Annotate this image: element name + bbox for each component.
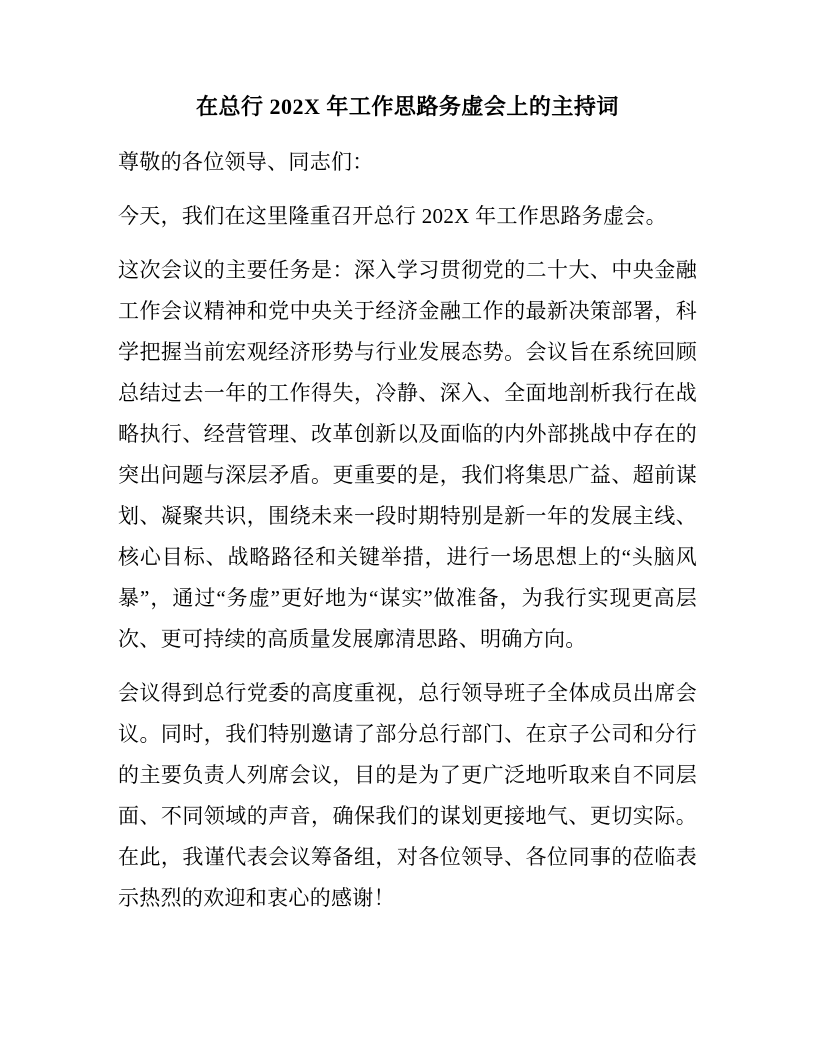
paragraph-attendees-thanks: 会议得到总行党委的高度重视，总行领导班子全体成员出席会议。同时，我们特别邀请了部… <box>118 673 697 919</box>
document-title: 在总行 202X 年工作思路务虚会上的主持词 <box>118 92 697 122</box>
paragraph-salutation: 尊敬的各位领导、同志们： <box>118 142 697 183</box>
paragraph-meeting-tasks: 这次会议的主要任务是：深入学习贯彻党的二十大、中央金融工作会议精神和党中央关于经… <box>118 250 697 660</box>
document-page: 在总行 202X 年工作思路务虚会上的主持词 尊敬的各位领导、同志们： 今天，我… <box>0 0 816 1056</box>
paragraph-opening: 今天，我们在这里隆重召开总行 202X 年工作思路务虚会。 <box>118 196 697 237</box>
